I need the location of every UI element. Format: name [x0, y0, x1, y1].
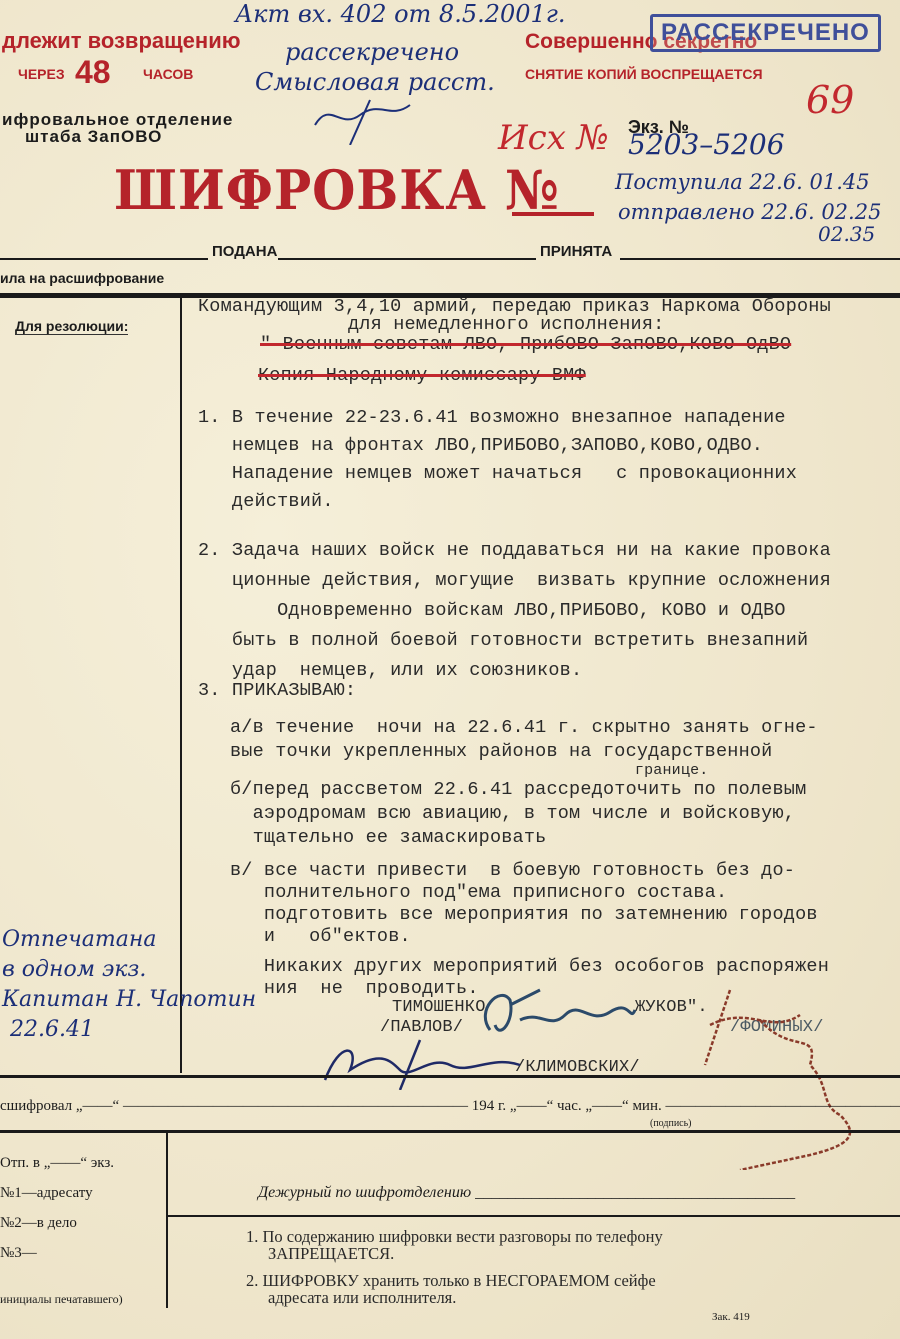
struck-addressee-line: " Военным советам ЛВО, ПрибОВО ЗапОВО,КО… — [260, 334, 791, 355]
decoded-label: сшифровал — [0, 1098, 72, 1114]
duty-officer-row: Дежурный по шифротделению ______________… — [258, 1184, 795, 1202]
paragraph-2: 2. Задача наших войск не поддаваться ни … — [198, 536, 831, 686]
title-number-field — [512, 212, 594, 216]
submitted-value-field — [278, 258, 536, 260]
rule-1: 1. По содержанию шифровки вести разговор… — [246, 1228, 663, 1262]
handwritten-initial-icon — [310, 90, 430, 145]
copy-3: №3— — [0, 1238, 114, 1268]
struck-copy-line: Копия Народному комиссару ВМФ — [258, 365, 586, 386]
body-footer-divider — [0, 1075, 900, 1078]
duty-officer-label: Дежурный по шифротделению — [258, 1184, 471, 1201]
page-title: ШИФРОВКА № — [114, 158, 560, 222]
klimovskikh-signature-icon — [320, 1035, 540, 1090]
received-value-field — [620, 258, 900, 260]
decoded-row: сшифровал „——“ ——————————————————————— 1… — [0, 1098, 900, 1115]
duty-officer-divider — [168, 1215, 900, 1217]
copy-1: №1—адресату — [0, 1178, 114, 1208]
return-hours: 48 — [75, 54, 111, 91]
declassified-stamp: РАССЕКРЕЧЕНО — [650, 14, 881, 52]
return-unit: ЧАСОВ — [143, 66, 193, 82]
minute-label: мин. — [632, 1098, 661, 1114]
copy-2: №2—в дело — [0, 1208, 114, 1238]
footer-column-divider — [166, 1133, 168, 1308]
submitted-field — [0, 258, 208, 260]
handwritten-archive-note: Акт вх. 402 от 8.5.2001г. — [235, 0, 566, 28]
year-label: 194 — [472, 1098, 495, 1114]
exemplar-value: 5203–5206 — [628, 128, 785, 161]
resolution-label: Для резолюции: — [15, 318, 128, 335]
department-line-2: штаба ЗапОВО — [25, 127, 162, 147]
copy-ban-label: СНЯТИЕ КОПИЙ ВОСПРЕЩАЕТСЯ — [525, 66, 763, 82]
outgoing-number-label: Исх № — [498, 118, 609, 158]
hour-label: час. — [557, 1098, 582, 1114]
page-number: 69 — [806, 78, 854, 122]
order-a-b: а/в течение ночи на 22.6.41 г. скрытно з… — [230, 716, 818, 850]
return-notice: длежит возвращению — [2, 28, 241, 54]
decode-label: ила на расшифрование — [0, 270, 164, 286]
rule-2: 2. ШИФРОВКУ хранить только в НЕСГОРАЕМОМ… — [246, 1272, 656, 1306]
handwritten-declassified: рассекречено — [285, 38, 459, 66]
copies-block: Отп. в „——“ экз. №1—адресату №2—в дело №… — [0, 1148, 114, 1268]
order-number: Зак. 419 — [712, 1311, 750, 1323]
return-via: ЧЕРЕЗ — [18, 66, 65, 82]
addressee-line-2: для немедленного исполнения: — [348, 314, 664, 335]
paragraph-3-order: 3. ПРИКАЗЫВАЮ: — [198, 680, 356, 701]
handwritten-sent-2: 02.35 — [818, 222, 875, 246]
footer-divider — [0, 1130, 900, 1133]
typist-initials-label: инициалы печатавшего) — [0, 1292, 123, 1307]
order-v: в/ все части привести в боевую готовност… — [230, 860, 818, 948]
margin-typed-note: Отпечатана в одном экз. Капитан Н. Чапот… — [2, 925, 256, 1045]
received-label: ПРИНЯТА — [540, 243, 612, 260]
submitted-label: ПОДАНА — [212, 243, 277, 260]
handwritten-received: Поступила 22.6. 01.45 — [615, 170, 870, 194]
handwritten-sent: отправлено 22.6. 02.25 — [618, 200, 881, 224]
signature-caption: (подпись) — [650, 1118, 692, 1129]
paragraph-1: 1. В течение 22-23.6.41 возможно внезапн… — [198, 404, 797, 516]
